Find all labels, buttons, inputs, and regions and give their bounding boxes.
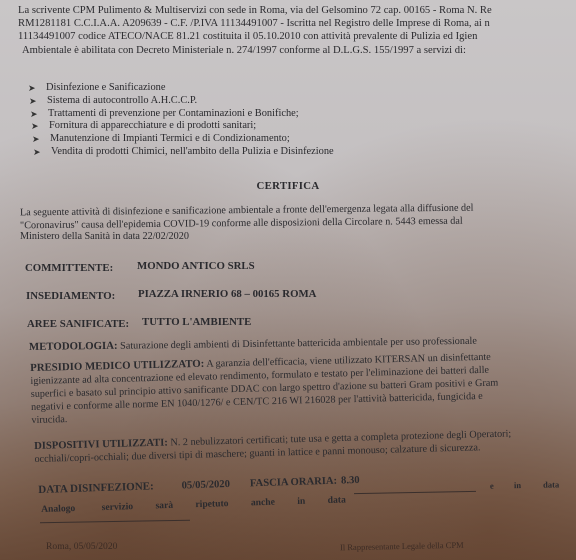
aree-value: TUTTO L'AMBIENTE <box>142 316 251 328</box>
analogo-word: servizio <box>102 501 134 513</box>
analogo-row: Analogo servizio sarà ripetuto anche in … <box>41 494 346 515</box>
blank-line <box>40 520 190 524</box>
fascia-oraria-label: FASCIA ORARIA: <box>250 476 338 490</box>
services-list: ➤Disinfezione e Sanificazione ➤Sistema d… <box>28 82 334 159</box>
certifica-title: CERTIFICA <box>0 180 576 192</box>
analogo-tail: e in data <box>490 479 559 490</box>
list-item: ➤Fornitura di apparecchiature e di prodo… <box>31 120 334 133</box>
list-item: ➤Disinfezione e Sanificazione <box>28 82 334 95</box>
arrow-bullet-icon: ➤ <box>28 82 46 95</box>
list-item: ➤Trattamenti di prevenzione per Contamin… <box>30 108 334 121</box>
intro-line: RM1281181 C.C.I.A.A. A209639 - C.F. /P.I… <box>18 17 490 30</box>
analogo-word: ripetuto <box>195 498 228 510</box>
data-disinfezione-row: DATA DISINFEZIONE: 05/05/2020 FASCIA ORA… <box>38 470 360 498</box>
arrow-bullet-icon: ➤ <box>32 133 50 146</box>
arrow-bullet-icon: ➤ <box>30 108 48 121</box>
analogo-word: data <box>327 494 345 506</box>
analogo-word: sarà <box>155 500 173 512</box>
certifica-text: Ministero della Sanità in data 22/02/202… <box>20 230 189 243</box>
arrow-bullet-icon: ➤ <box>33 146 51 159</box>
insediamento-label: INSEDIAMENTO: <box>26 290 115 302</box>
list-item: ➤Vendita di prodotti Chimici, nell'ambit… <box>33 146 334 159</box>
metodologia-row: METODOLOGIA: Saturazione degli ambienti … <box>29 335 477 354</box>
analogo-word: in <box>297 496 305 507</box>
intro-line: 11134491007 codice ATECO/NACE 81.21 cost… <box>18 30 477 43</box>
list-item: ➤Manutenzione di Impianti Termici e di C… <box>32 133 334 146</box>
list-item: ➤Sistema di autocontrollo A.H.C.C.P. <box>29 95 334 108</box>
analogo-word: Analogo <box>41 503 75 515</box>
metodologia-label: METODOLOGIA: <box>29 340 118 353</box>
certificate-document: La scrivente CPM Pulimento & Multiserviz… <box>0 0 576 560</box>
fascia-oraria-value: 8.30 <box>341 475 360 487</box>
intro-line: La scrivente CPM Pulimento & Multiserviz… <box>18 4 492 17</box>
data-disinfezione-value: 05/05/2020 <box>182 479 231 492</box>
data-disinfezione-label: DATA DISINFEZIONE: <box>38 480 154 496</box>
analogo-word: anche <box>251 497 275 509</box>
insediamento-value: PIAZZA IRNERIO 68 – 00165 ROMA <box>138 288 316 300</box>
arrow-bullet-icon: ➤ <box>31 120 49 133</box>
metodologia-value: Saturazione degli ambienti di Disinfetta… <box>120 336 477 352</box>
signature-label: Il Rappresentante Legale della CPM <box>340 539 464 555</box>
committente-label: COMMITTENTE: <box>25 262 113 274</box>
arrow-bullet-icon: ➤ <box>29 95 47 108</box>
blank-line <box>354 491 476 494</box>
committente-value: MONDO ANTICO SRLS <box>137 260 255 272</box>
presidio-text: virucida. <box>31 413 67 427</box>
intro-line: Ambientale è abilitata con Decreto Minis… <box>22 44 466 57</box>
aree-label: AREE SANIFICATE: <box>27 318 129 330</box>
place-date: Roma, 05/05/2020 <box>46 540 117 553</box>
